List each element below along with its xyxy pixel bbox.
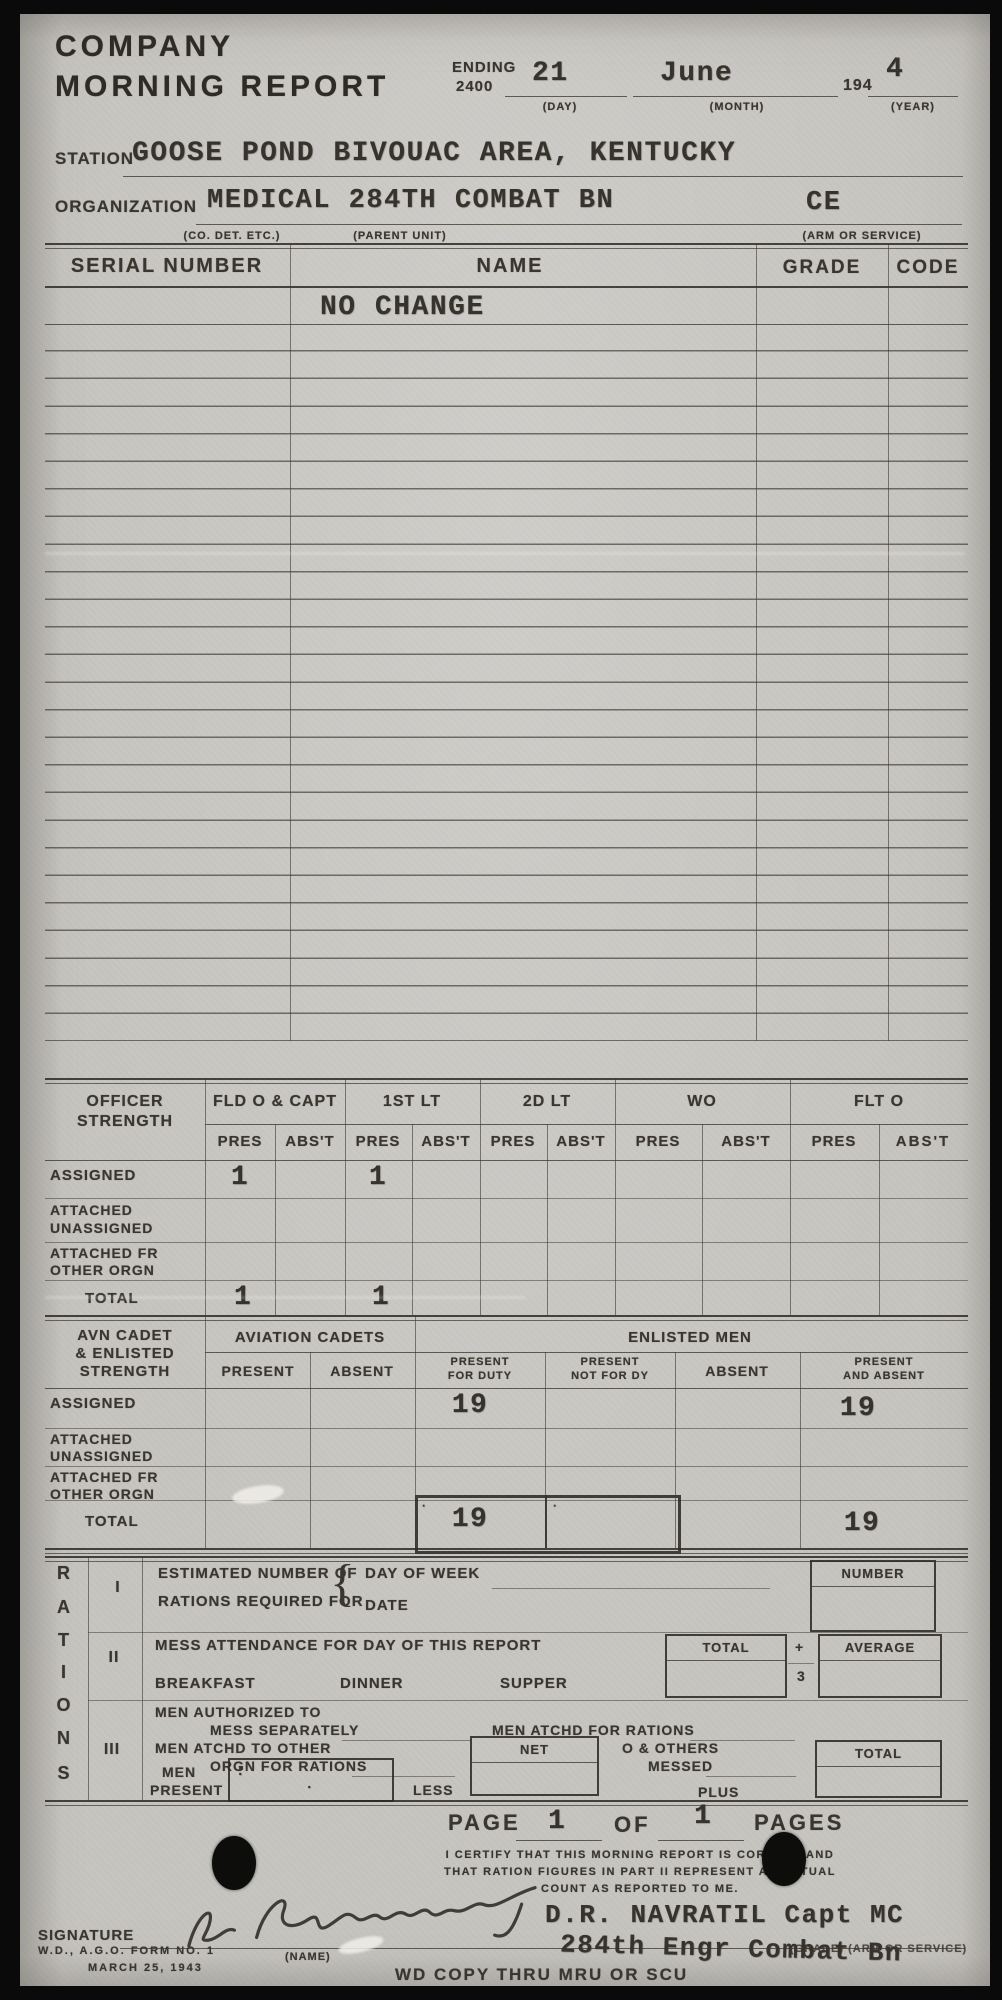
arm-service-label: (ARM OR SERVICE) [802,231,921,242]
officer-sub-abst-5: ABS'T [896,1134,950,1149]
enlisted-vline-s1 [310,1352,311,1548]
officer-vline-s5 [879,1124,880,1315]
total-box-mark-2: · [551,1500,560,1512]
paper-crease-1 [45,552,965,555]
men-present-mark-1: : [236,1765,246,1779]
enlisted-vline-s3 [675,1352,676,1548]
arm-service-entry: CE [806,190,841,217]
rations-rail-r: R [57,1564,71,1582]
men-atchd-other-line: MEN ATCHD TO OTHER [155,1741,331,1755]
of-label: OF [614,1814,651,1836]
officer-row-assigned: ASSIGNED [50,1168,136,1183]
rations-rail-n: N [57,1729,71,1747]
officer-row-rule-3 [45,1280,968,1281]
enlisted-row-rule-2 [45,1466,968,1467]
officer-assigned-1lt-pres: 1 [369,1164,387,1192]
men-atchd-rations-label: MEN ATCHD FOR RATIONS [492,1723,695,1737]
rations-rail-o: O [56,1696,71,1714]
men-label: MEN [162,1765,196,1779]
less-label: LESS [413,1783,454,1797]
mess-separately-label: MESS SEPARATELY [210,1723,359,1737]
officer-sub-abst-2: ABS'T [421,1134,470,1149]
signature-label: SIGNATURE [38,1928,134,1943]
officer-vline-g4 [790,1078,791,1315]
officer-group-rule [205,1124,968,1125]
enlisted-corner-line2: & ENLISTED [75,1346,174,1361]
mess-total-box: TOTAL [665,1634,787,1698]
men-authorized-line: MEN AUTHORIZED TO [155,1705,321,1719]
roster-vline-grade [756,243,757,1041]
officer-group-1stlt: 1ST LT [383,1094,441,1110]
enlisted-assigned-pfd: 19 [452,1392,489,1420]
net-box: NET [470,1736,599,1796]
officer-top-rule [45,1078,968,1084]
pages-label: PAGES [754,1812,844,1834]
officer-sub-abst-4: ABS'T [721,1134,770,1149]
mess-total-label: TOTAL [702,1640,749,1655]
roster-vline-serial [290,243,291,1041]
day-of-week-rule [492,1588,770,1589]
officer-group-fldo: FLD O & CAPT [213,1094,337,1110]
rations-rail-vline-2 [142,1556,143,1800]
day-of-week-label: DAY OF WEEK [365,1566,480,1581]
officer-sub-pres-4: PRES [636,1134,681,1149]
officer-row-attachedfr-line2: OTHER ORGN [50,1263,155,1277]
enlisted-row-attachedfr-line2: OTHER ORGN [50,1487,155,1501]
roster-col-serial: SERIAL NUMBER [71,256,263,276]
part3-total-rule [817,1766,940,1767]
page-number: 1 [548,1808,566,1836]
enlisted-row-rule-1 [45,1428,968,1429]
form-date-line: MARCH 25, 1943 [88,1963,203,1974]
month-entry: June [660,60,733,88]
year-rule [868,96,958,97]
officer-sub-abst-1: ABS'T [285,1134,334,1149]
number-box-rule [812,1586,934,1587]
officer-row-attached-line2: UNASSIGNED [50,1221,153,1235]
officer-assigned-fldo-pres: 1 [231,1164,249,1192]
rations-rail-vline-1 [88,1556,89,1800]
organization-rule [196,224,962,225]
grade-arm-label: (GRADE) (ARM OR SERVICE) [790,1944,967,1955]
messed-rule [706,1776,796,1777]
enlisted-row-attachedfr-line1: ATTACHED FR [50,1470,158,1484]
ending-value: 2400 [456,79,493,94]
divide-rule [788,1663,814,1664]
enlisted-total-pa: 19 [844,1510,881,1538]
enlisted-col-pfd-line1: PRESENT [451,1357,510,1368]
divide-three: 3 [797,1669,806,1683]
station-label: STATION [55,150,134,167]
station-entry: GOOSE POND BIVOUAC AREA, KENTUCKY [132,140,736,168]
page-label: PAGE [448,1812,521,1834]
month-rule [633,96,838,97]
divide-plus-sign: + [795,1640,804,1654]
parent-unit-label: (PARENT UNIT) [353,231,446,242]
officer-vline-s1 [275,1124,276,1315]
rations-brace: { [330,1558,355,1610]
pages-number: 1 [694,1803,712,1831]
roster-col-grade: GRADE [783,258,862,277]
enlisted-vline-label [205,1315,206,1548]
enlisted-col-abs: ABSENT [705,1364,769,1378]
enlisted-row-total: TOTAL [85,1514,139,1529]
year-label: (YEAR) [891,102,935,113]
messed-label: MESSED [648,1759,713,1773]
form-title-line2: MORNING REPORT [55,72,389,102]
officer-row-rule-1 [45,1198,968,1199]
enlisted-assigned-pa: 19 [840,1395,877,1423]
enlisted-col-pnf-line2: NOT FOR DY [571,1371,649,1382]
rations-divider-2 [88,1700,968,1701]
officer-vline-g2 [480,1078,481,1315]
enlisted-row-assigned: ASSIGNED [50,1396,136,1411]
year-entry: 4 [886,56,904,84]
officer-vline-g1 [345,1078,346,1315]
roster-blank-rows [45,324,968,1041]
officer-corner-line1: OFFICER [86,1094,163,1110]
enlisted-top-rule [45,1315,968,1321]
men-present-mark-2: . [305,1778,315,1792]
number-box-label: NUMBER [841,1566,904,1581]
part3-total-label: TOTAL [855,1746,902,1761]
roster-entry-no-change: NO CHANGE [320,294,485,322]
officer-group-wo: WO [687,1094,717,1110]
officer-corner-line2: STRENGTH [77,1114,173,1130]
enlisted-col-pa-line1: PRESENT [855,1357,914,1368]
number-box: NUMBER [810,1560,936,1632]
ending-label: ENDING [452,60,516,75]
organization-entry: MEDICAL 284TH COMBAT BN [207,188,614,215]
officer-group-flto: FLT O [854,1094,904,1110]
roster-col-name: NAME [477,256,544,276]
enlisted-col-pa-line2: AND ABSENT [843,1371,925,1382]
officer-sub-abst-3: ABS'T [556,1134,605,1149]
cert-line3: COUNT AS REPORTED TO ME. [541,1884,739,1895]
officer-sub-pres-5: PRES [812,1134,857,1149]
month-label: (MONTH) [710,102,765,113]
officer-sub-pres-1: PRES [218,1134,263,1149]
rations-part1-numeral: I [115,1580,120,1596]
year-prefix: 194 [843,78,873,94]
enlisted-col-pfd-line2: FOR DUTY [448,1371,512,1382]
enlisted-vline-group [415,1315,416,1548]
roster-top-rule [45,243,968,249]
enlisted-group-rule [205,1352,968,1353]
rations-part1-line1: ESTIMATED NUMBER OF [158,1566,358,1581]
officer-vline-s2 [412,1124,413,1315]
rations-rail-i: I [61,1663,67,1681]
paper-crease-2 [45,1296,525,1299]
net-box-label: NET [520,1742,549,1757]
breakfast-label: BREAKFAST [155,1676,256,1691]
officer-vline-s3 [547,1124,548,1315]
rations-part3-numeral: III [104,1742,120,1758]
roster-header-rule [45,286,968,288]
officer-group-2dlt: 2D LT [523,1094,571,1110]
net-box-rule [472,1762,597,1763]
enlisted-group-aviation: AVIATION CADETS [235,1330,385,1345]
supper-label: SUPPER [500,1676,568,1691]
enlisted-col-absent: ABSENT [330,1364,394,1378]
mess-attendance-title: MESS ATTENDANCE FOR DAY OF THIS REPORT [155,1638,541,1653]
officer-sub-pres-2: PRES [356,1134,401,1149]
enlisted-corner-line3: STRENGTH [80,1364,171,1379]
enlisted-vline-s4 [800,1352,801,1548]
rations-rail-t: T [58,1631,70,1649]
station-rule [123,176,963,177]
page-rule-2 [658,1840,744,1841]
typed-signature-name: D.R. NAVRATIL Capt MC [545,1902,904,1928]
mess-separately-rule [342,1740,470,1741]
enlisted-bottom-rule [45,1548,968,1554]
dinner-label: DINNER [340,1676,404,1691]
plus-label: PLUS [698,1785,739,1799]
officer-subheader-rule [45,1160,968,1161]
enlisted-group-enlisted-men: ENLISTED MEN [628,1330,752,1345]
officer-row-attached-line1: ATTACHED [50,1203,133,1217]
officer-sub-pres-3: PRES [491,1134,536,1149]
roster-col-code: CODE [897,258,960,277]
organization-label: ORGANIZATION [55,198,197,215]
officer-vline-g3 [615,1078,616,1315]
co-det-label: (CO. DET. ETC.) [184,231,281,242]
enlisted-subheader-rule [45,1388,968,1389]
enlisted-vline-s2 [545,1352,546,1548]
enlisted-row-attached-line1: ATTACHED [50,1432,133,1446]
day-entry: 21 [532,60,569,88]
rations-part2-numeral: II [109,1650,120,1666]
rations-rail-a: A [57,1598,71,1616]
name-label: (NAME) [285,1952,331,1963]
present-label: PRESENT [150,1783,223,1797]
page-rule-1 [516,1840,602,1841]
average-box-label: AVERAGE [845,1640,915,1655]
total-box-mark-1: · [420,1500,429,1512]
form-title-line1: COMPANY [55,32,234,62]
enlisted-corner-line1: AVN CADET [77,1328,172,1343]
enlisted-total-pfd: 19 [452,1506,489,1534]
part3-total-box: TOTAL [815,1740,942,1798]
enlisted-row-attached-line2: UNASSIGNED [50,1449,153,1463]
day-label: (DAY) [543,102,578,113]
enlisted-col-present: PRESENT [221,1364,294,1378]
roster-vline-code [888,243,889,1041]
o-and-others-label: O & OTHERS [622,1741,719,1755]
average-box: AVERAGE [818,1634,942,1698]
mess-total-rule [667,1660,785,1661]
date-label: DATE [365,1598,409,1613]
punch-hole-right [762,1832,806,1886]
rations-divider-1 [88,1632,968,1633]
officer-row-attachedfr-line1: ATTACHED FR [50,1246,158,1260]
rations-bottom-rule [45,1800,968,1806]
form-number-line: W.D., A.G.O. FORM NO. 1 [38,1946,215,1957]
scanned-morning-report: COMPANY MORNING REPORT ENDING 2400 21 (D… [0,0,1002,2000]
enlisted-col-pnf-line1: PRESENT [581,1357,640,1368]
day-rule [505,96,627,97]
wd-copy-line: WD COPY THRU MRU OR SCU [395,1966,688,1983]
rations-rail-s: S [57,1764,70,1782]
average-box-rule [820,1660,940,1661]
officer-vline-label [205,1078,206,1315]
officer-vline-s4 [702,1124,703,1315]
officer-row-rule-2 [45,1242,968,1243]
